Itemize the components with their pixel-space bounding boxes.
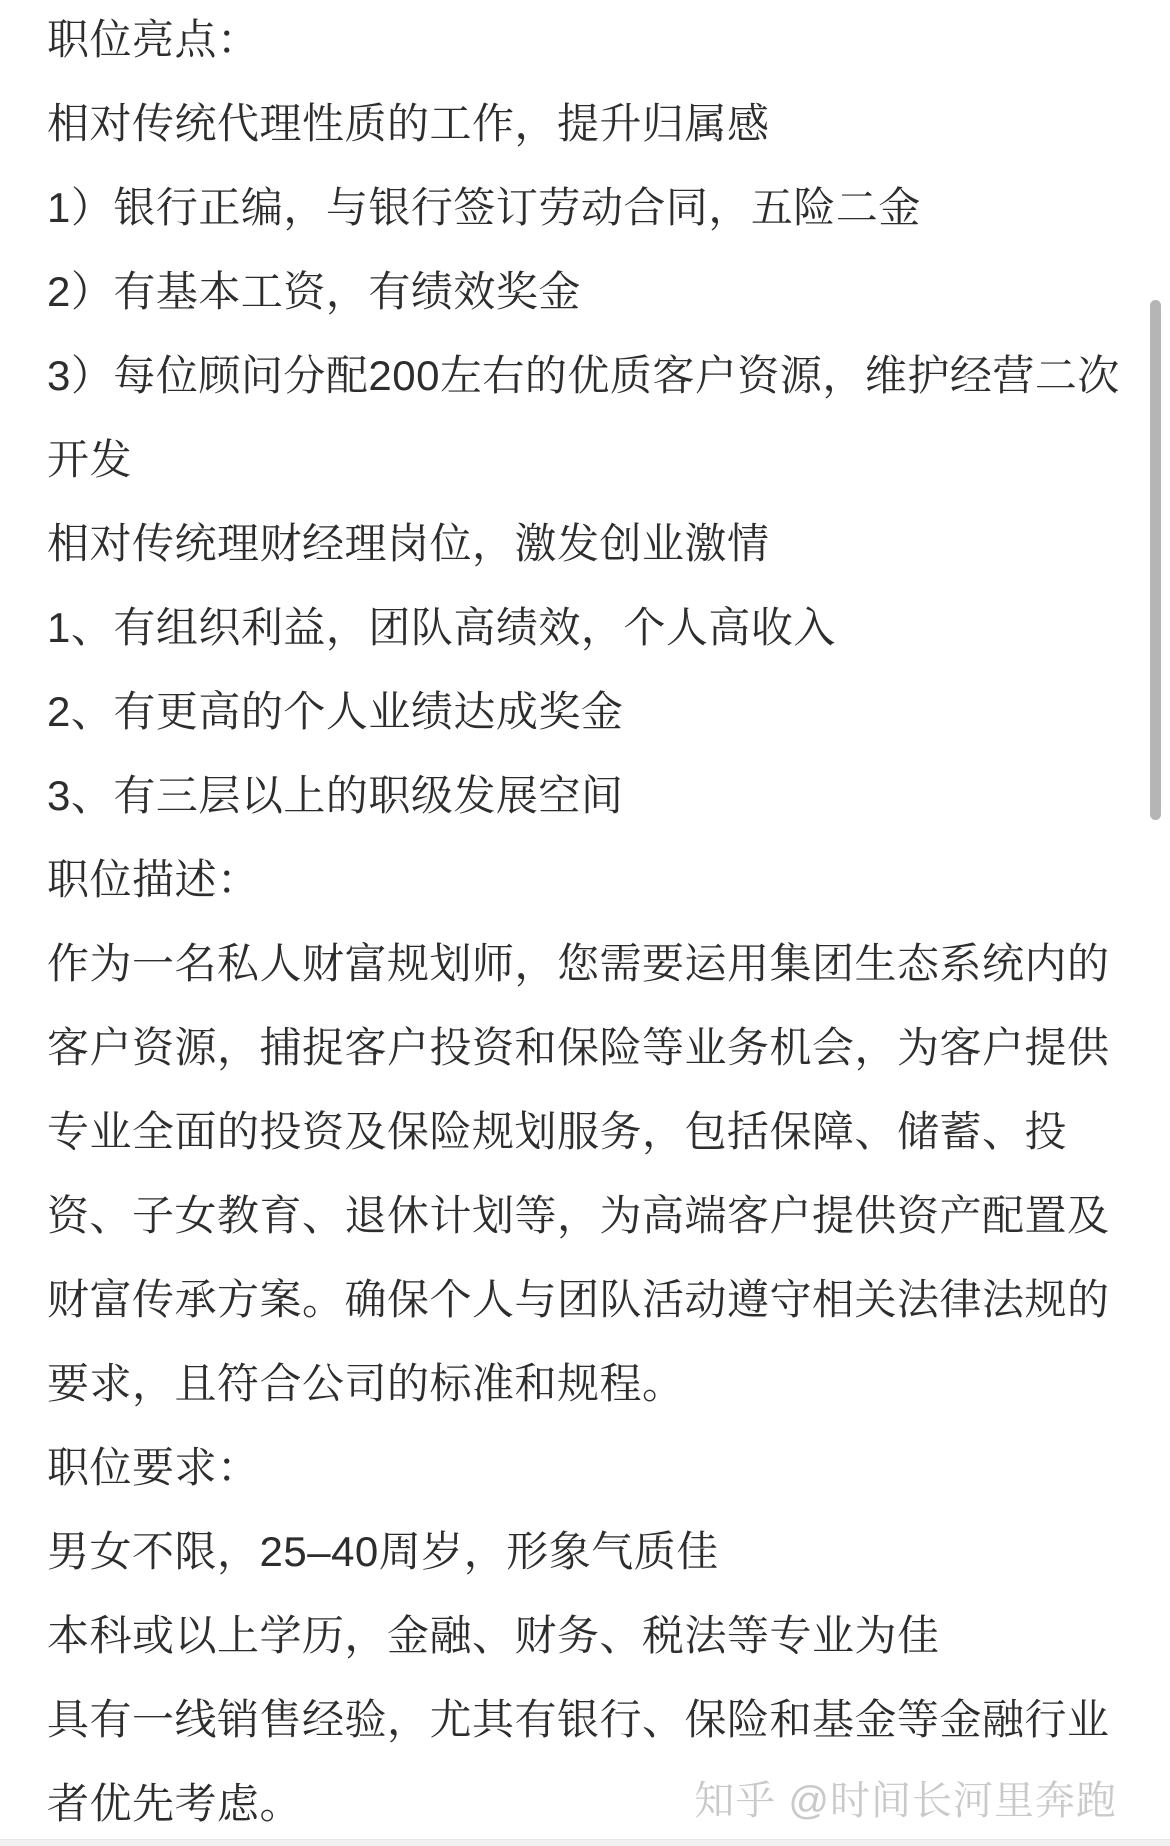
- text-line: 职位亮点：: [47, 0, 1132, 82]
- text-line: 相对传统理财经理岗位，激发创业激情: [47, 502, 1132, 586]
- job-detail-page: 职位亮点：相对传统代理性质的工作，提升归属感1）银行正编，与银行签订劳动合同，五…: [0, 0, 1170, 1846]
- job-posting-text: 职位亮点：相对传统代理性质的工作，提升归属感1）银行正编，与银行签订劳动合同，五…: [47, 0, 1132, 1846]
- text-line: 作为一名私人财富规划师，您需要运用集团生态系统内的: [47, 922, 1132, 1006]
- text-line: 专业全面的投资及保险规划服务，包括保障、储蓄、投: [47, 1090, 1132, 1174]
- text-line: 1、有组织利益，团队高绩效，个人高收入: [47, 586, 1132, 670]
- text-line: 资、子女教育、退休计划等，为高端客户提供资产配置及: [47, 1174, 1132, 1258]
- bottom-divider: [0, 1839, 1170, 1846]
- scrollbar-thumb[interactable]: [1150, 300, 1161, 820]
- text-line: 2）有基本工资，有绩效奖金: [47, 250, 1132, 334]
- text-line: 具有一线销售经验，尤其有银行、保险和基金等金融行业: [47, 1678, 1132, 1762]
- text-line: 2、有更高的个人业绩达成奖金: [47, 670, 1132, 754]
- text-line: 要求，且符合公司的标准和规程。: [47, 1342, 1132, 1426]
- zhihu-watermark: 知乎 @时间长河里奔跑: [694, 1778, 1117, 1824]
- text-line: 3）每位顾问分配200左右的优质客户资源，维护经营二次: [47, 334, 1132, 418]
- text-line: 客户资源，捕捉客户投资和保险等业务机会，为客户提供: [47, 1006, 1132, 1090]
- text-line: 开发: [47, 418, 1132, 502]
- text-line: 1）银行正编，与银行签订劳动合同，五险二金: [47, 166, 1132, 250]
- text-line: 男女不限，25–40周岁，形象气质佳: [47, 1510, 1132, 1594]
- text-line: 本科或以上学历，金融、财务、税法等专业为佳: [47, 1594, 1132, 1678]
- text-line: 3、有三层以上的职级发展空间: [47, 754, 1132, 838]
- text-line: 职位描述：: [47, 838, 1132, 922]
- text-line: 相对传统代理性质的工作，提升归属感: [47, 82, 1132, 166]
- text-line: 财富传承方案。确保个人与团队活动遵守相关法律法规的: [47, 1258, 1132, 1342]
- text-line: 职位要求：: [47, 1426, 1132, 1510]
